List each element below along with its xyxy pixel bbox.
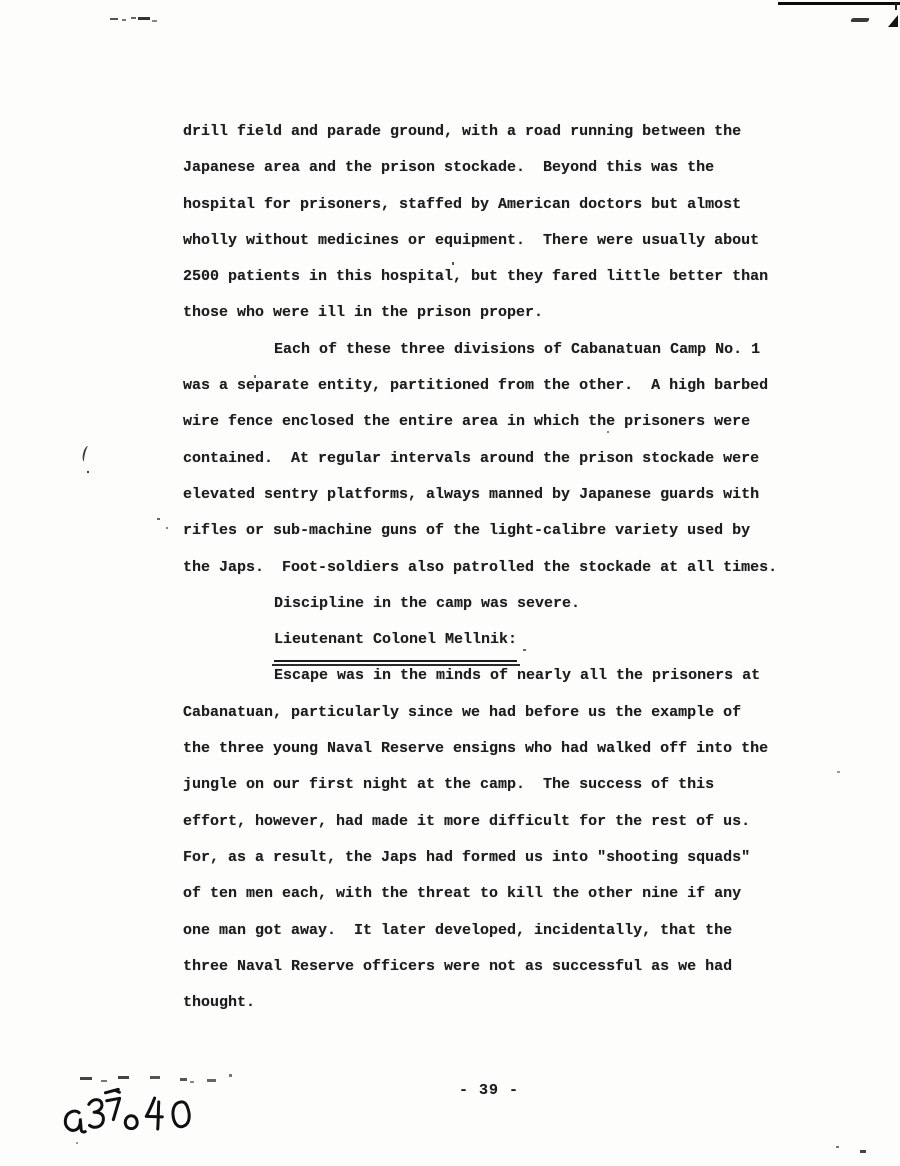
handwritten-overbar: [105, 1089, 119, 1092]
page-number: - 39 -: [452, 1082, 526, 1099]
handwritten-digit-4: [146, 1098, 163, 1130]
handwritten-annotation-text: a37o40: [0, 0, 1, 1]
scan-artifact-pencil-dash: [229, 1074, 232, 1077]
text-line: Each of these three divisions of Cabanat…: [183, 332, 823, 368]
scan-artifact-pencil-dash: [207, 1079, 216, 1082]
text-line: hospital for prisoners, staffed by Ameri…: [183, 187, 823, 223]
handwritten-digit-7: [107, 1098, 121, 1119]
text-line: elevated sentry platforms, always manned…: [183, 477, 823, 513]
text-line: For, as a result, the Japs had formed us…: [183, 840, 823, 876]
handwritten-digit-3: [89, 1099, 104, 1127]
scan-artifact-top-edge-line: [778, 2, 900, 5]
text-line: Japanese area and the prison stockade. B…: [183, 150, 823, 186]
scan-artifact-speck: [837, 771, 840, 773]
text-line: drill field and parade ground, with a ro…: [183, 114, 823, 150]
text-line: the Japs. Foot-soldiers also patrolled t…: [183, 550, 823, 586]
text-line: one man got away. It later developed, in…: [183, 913, 823, 949]
scan-artifact-stray-mark: [81, 445, 93, 462]
scan-artifact-speck: [157, 518, 160, 520]
section-heading: Lieutenant Colonel Mellnik:: [183, 622, 823, 658]
handwritten-annotation: [55, 1077, 202, 1140]
text-line: thought.: [183, 985, 823, 1021]
text-line: the three young Naval Reserve ensigns wh…: [183, 731, 823, 767]
scan-artifact-dash: [152, 20, 157, 22]
handwritten-digit-0: [173, 1102, 190, 1127]
text-line: jungle on our first night at the camp. T…: [183, 767, 823, 803]
text-line: three Naval Reserve officers were not as…: [183, 949, 823, 985]
scan-artifact-pencil-dash: [118, 1076, 129, 1079]
scan-artifact-dash: [131, 17, 136, 19]
scan-artifact-pencil-dash: [80, 1077, 92, 1080]
scanned-document-page: drill field and parade ground, with a ro…: [0, 0, 900, 1166]
handwritten-letter-a: [65, 1111, 85, 1133]
scan-artifact-speck: [860, 1150, 866, 1153]
scan-artifact-tick: [895, 3, 897, 10]
scan-artifact-corner-mark: [888, 15, 898, 27]
text-line: Discipline in the camp was severe.: [183, 586, 823, 622]
text-line: 2500 patients in this hospital, but they…: [183, 259, 823, 295]
text-line: was a separate entity, partitioned from …: [183, 368, 823, 404]
text-line: of ten men each, with the threat to kill…: [183, 876, 823, 912]
handwritten-letter-o: [125, 1116, 137, 1129]
text-line: effort, however, had made it more diffic…: [183, 804, 823, 840]
text-line: wholly without medicines or equipment. T…: [183, 223, 823, 259]
scan-artifact-dash: [138, 17, 150, 20]
scan-artifact-speck: [87, 471, 89, 473]
scan-artifact-speck: [166, 527, 168, 529]
text-line: wire fence enclosed the entire area in w…: [183, 404, 823, 440]
scan-artifact-dash: [110, 18, 118, 20]
text-line: those who were ill in the prison proper.: [183, 295, 823, 331]
scan-artifact-speck: [76, 1142, 78, 1144]
typewritten-text-block: drill field and parade ground, with a ro…: [183, 114, 823, 1021]
text-line: rifles or sub-machine guns of the light-…: [183, 513, 823, 549]
scan-artifact-smudge: [850, 18, 870, 22]
text-line: Cabanatuan, particularly since we had be…: [183, 695, 823, 731]
text-line: contained. At regular intervals around t…: [183, 441, 823, 477]
scan-artifact-dash: [122, 19, 126, 21]
scan-artifact-speck: [836, 1146, 839, 1148]
